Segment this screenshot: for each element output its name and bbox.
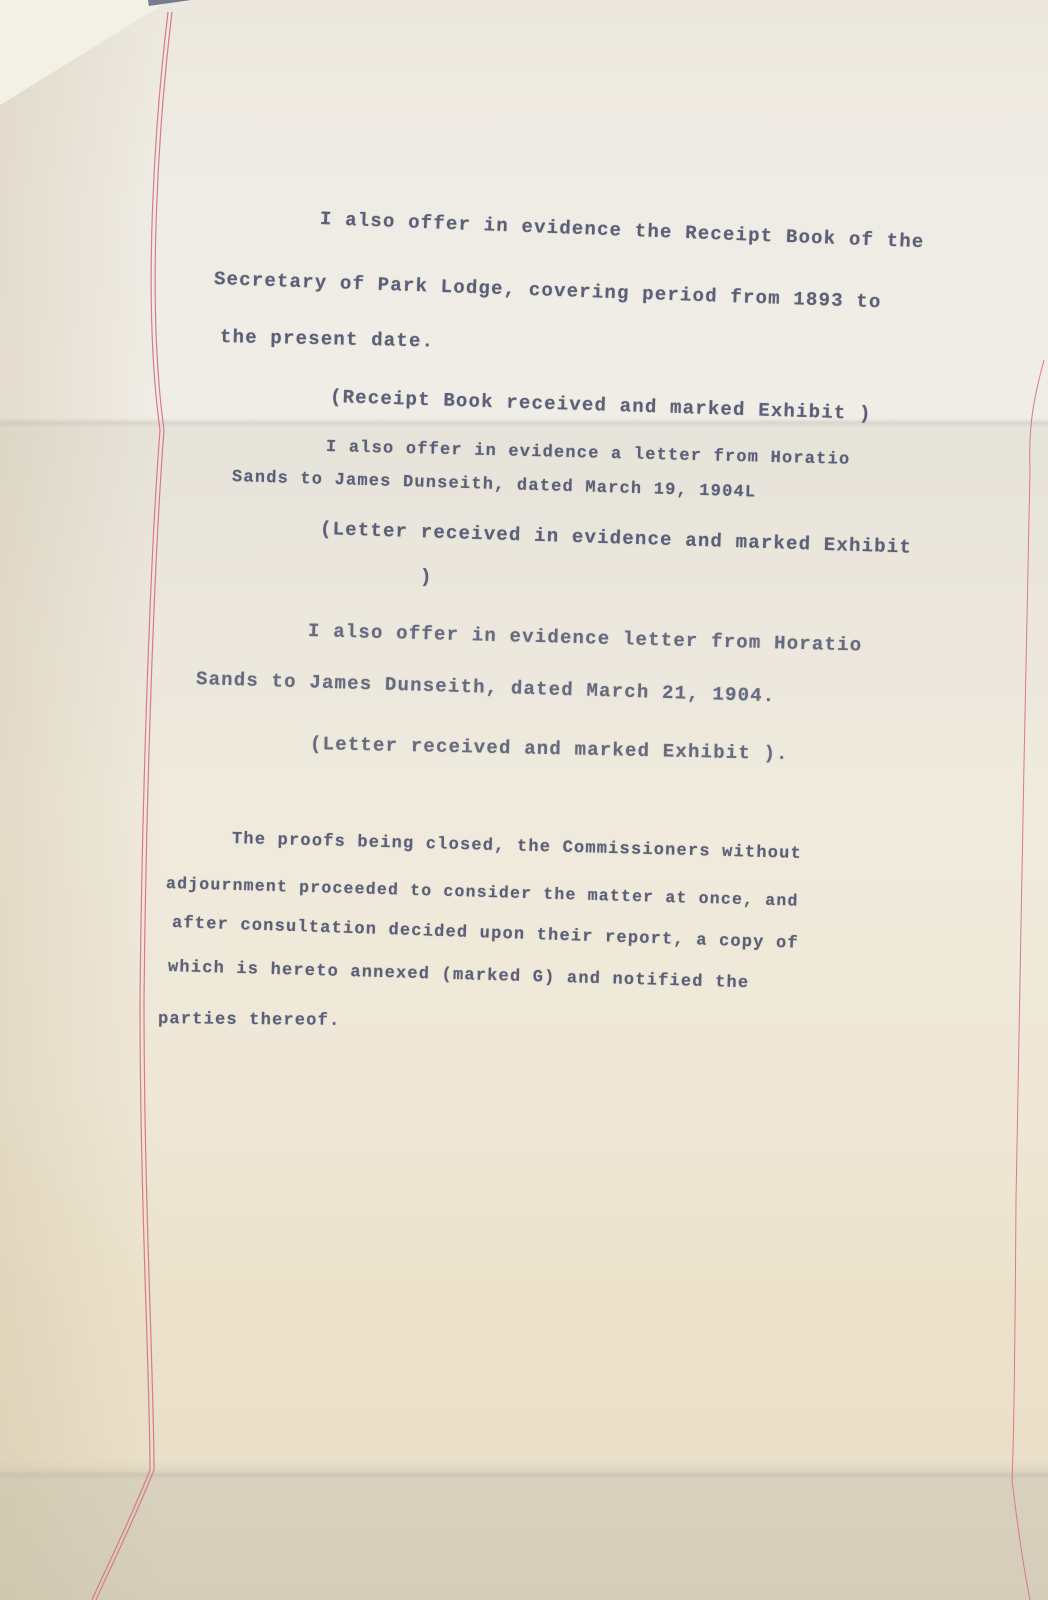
exhibit-note-closing: ) <box>420 566 433 588</box>
exhibit-note: (Letter received and marked Exhibit ). <box>310 733 789 765</box>
text-line: I also offer in evidence letter from Hor… <box>308 620 863 657</box>
typewritten-text: I also offer in evidence the Receipt Boo… <box>0 0 1048 1600</box>
text-line: parties thereof. <box>158 1010 341 1031</box>
exhibit-note: (Letter received in evidence and marked … <box>320 518 913 559</box>
text-line: which is hereto annexed (marked G) and n… <box>168 958 750 993</box>
text-line: The proofs being closed, the Commissione… <box>232 830 802 864</box>
text-line: Sands to James Dunseith, dated March 21,… <box>196 668 776 707</box>
text-line: the present date. <box>220 326 435 352</box>
exhibit-note: (Receipt Book received and marked Exhibi… <box>330 386 872 425</box>
text-line: after consultation decided upon their re… <box>172 914 799 954</box>
text-line: adjournment proceeded to consider the ma… <box>166 874 799 911</box>
text-line: Secretary of Park Lodge, covering period… <box>214 268 882 313</box>
text-line: I also offer in evidence a letter from H… <box>326 438 851 470</box>
text-line: Sands to James Dunseith, dated March 19,… <box>232 468 757 503</box>
text-line: I also offer in evidence the Receipt Boo… <box>320 208 925 253</box>
